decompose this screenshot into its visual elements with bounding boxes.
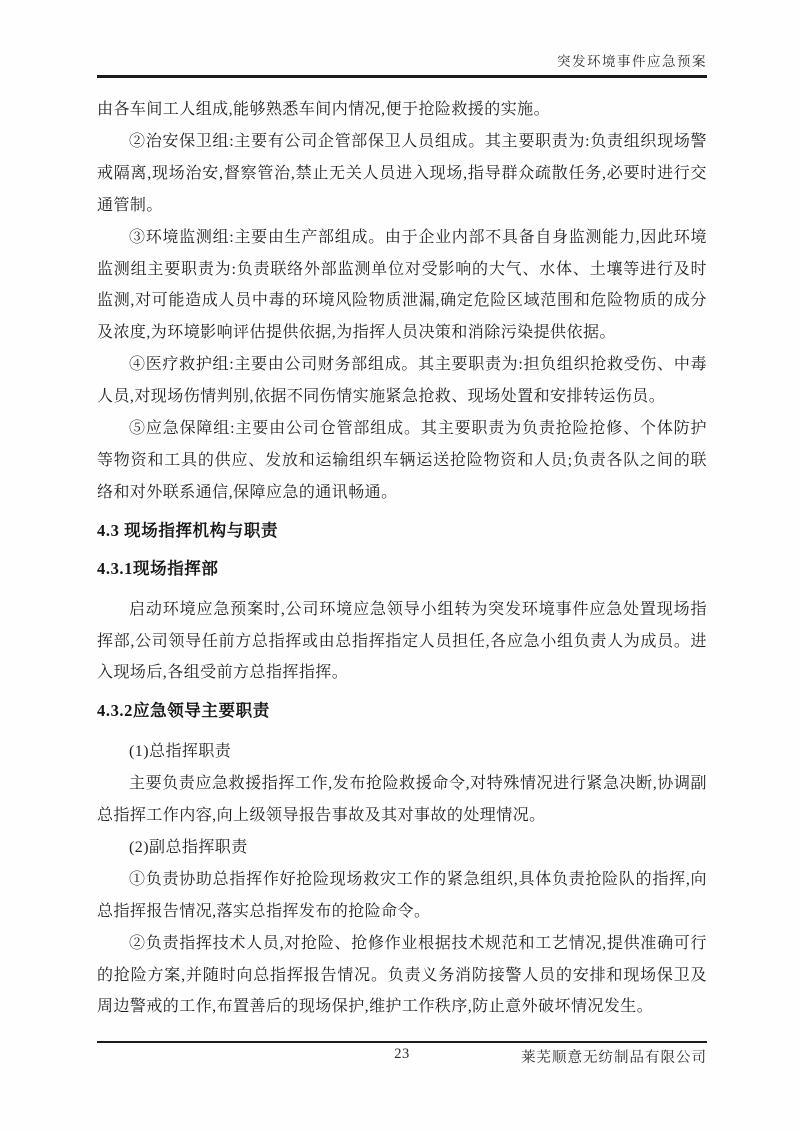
footer-company-name: 莱芜顺意无纺制品有限公司 bbox=[521, 1046, 707, 1067]
paragraph-support-group: ⑤应急保障组:主要由公司仓管部组成。其主要职责为负责抢险抢修、个体防护等物资和工… bbox=[97, 413, 707, 509]
paragraph-chief-commander-duty: 主要负责应急救援指挥工作,发布抢险救援命令,对特殊情况进行紧急决断,协调副总指挥… bbox=[97, 768, 707, 832]
footer-content: 23 莱芜顺意无纺制品有限公司 bbox=[97, 1043, 707, 1070]
paragraph-command-post: 启动环境应急预案时,公司环境应急领导小组转为突发环境事件应急处置现场指挥部,公司… bbox=[97, 594, 707, 690]
header-document-title: 突发环境事件应急预案 bbox=[97, 50, 707, 70]
paragraph-security-group: ②治安保卫组:主要有公司企管部保卫人员组成。其主要职责为:负责组织现场警戒隔离,… bbox=[97, 126, 707, 222]
header-rule bbox=[97, 75, 707, 78]
subsection-heading-4-3-1: 4.3.1现场指挥部 bbox=[97, 553, 707, 585]
paragraph-monitoring-group: ③环境监测组:主要由生产部组成。由于企业内部不具备自身监测能力,因此环境监测组主… bbox=[97, 222, 707, 350]
paragraph-medical-group: ④医疗救护组:主要由公司财务部组成。其主要职责为:担负组织抢救受伤、中毒人员,对… bbox=[97, 349, 707, 413]
paragraph-continuation: 由各车间工人组成,能够熟悉车间内情况,便于抢险救援的实施。 bbox=[97, 94, 707, 126]
document-body: 由各车间工人组成,能够熟悉车间内情况,便于抢险救援的实施。 ②治安保卫组:主要有… bbox=[97, 94, 707, 1023]
subsection-heading-4-3-2: 4.3.2应急领导主要职责 bbox=[97, 695, 707, 727]
paragraph-deputy-duty-1: ①负责协助总指挥作好抢险现场救灾工作的紧急组织,具体负责抢险队的指挥,向总指挥报… bbox=[97, 864, 707, 928]
document-page: 突发环境事件应急预案 由各车间工人组成,能够熟悉车间内情况,便于抢险救援的实施。… bbox=[0, 0, 800, 1131]
section-heading-4-3: 4.3 现场指挥机构与职责 bbox=[97, 515, 707, 547]
page-header: 突发环境事件应急预案 bbox=[97, 50, 707, 78]
label-chief-commander-duty: (1)总指挥职责 bbox=[97, 736, 707, 768]
label-deputy-commander-duty: (2)副总指挥职责 bbox=[97, 832, 707, 864]
page-footer: 23 莱芜顺意无纺制品有限公司 bbox=[97, 1041, 707, 1070]
paragraph-deputy-duty-2: ②负责指挥技术人员,对抢险、抢修作业根据技术规范和工艺情况,提供准确可行的抢险方… bbox=[97, 928, 707, 1024]
